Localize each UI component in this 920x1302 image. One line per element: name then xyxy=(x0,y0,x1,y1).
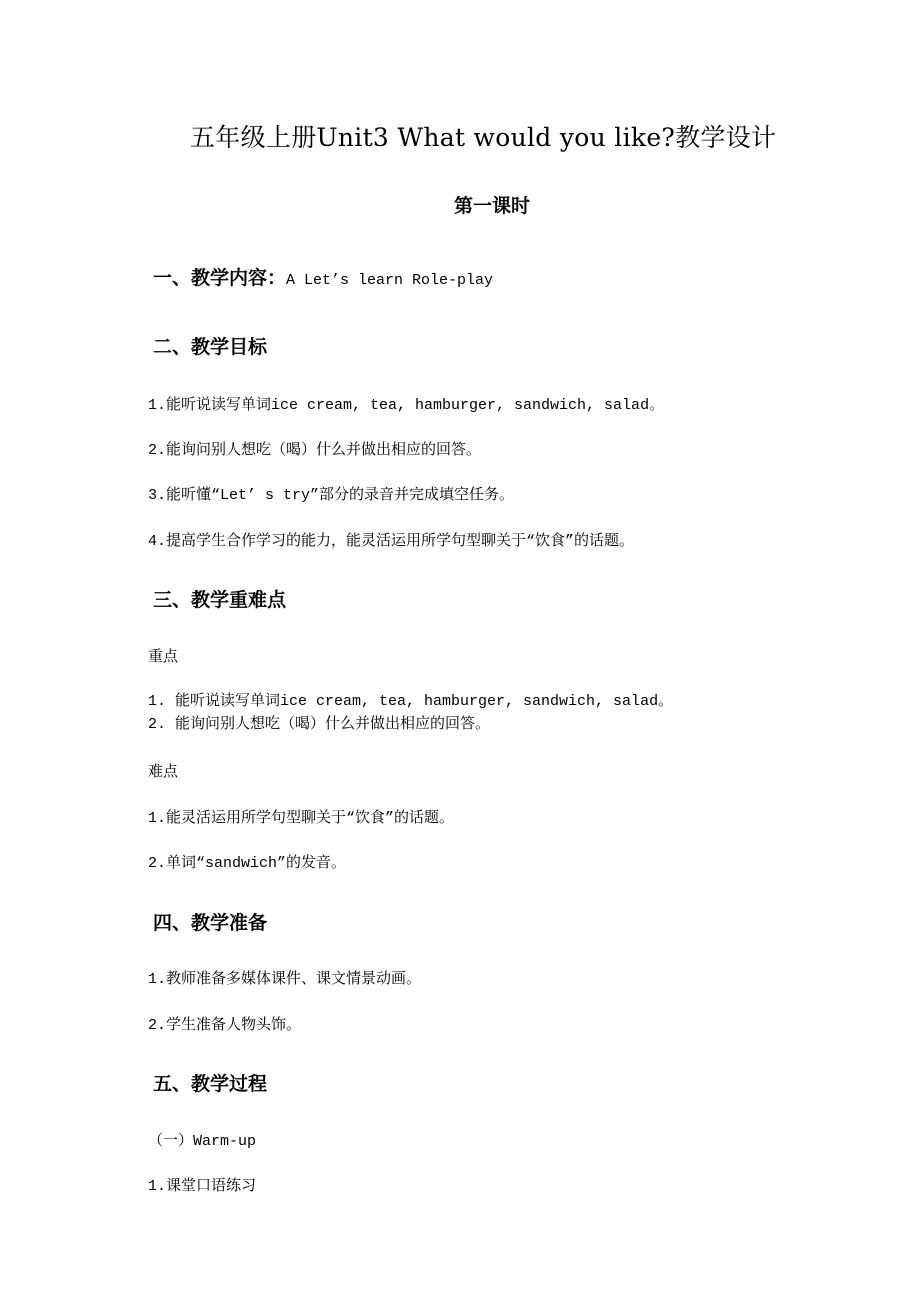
difficult-point-item: 1.能灵活运用所学句型聊关于“饮食”的话题。 xyxy=(148,806,454,827)
objective-item: 2.能询问别人想吃（喝）什么并做出相应的回答。 xyxy=(148,438,481,459)
section-content-heading: 一、教学内容：A Let’s learn Role-play xyxy=(153,263,493,290)
difficult-points-label: 难点 xyxy=(148,760,178,781)
objective-item: 4.提高学生合作学习的能力，能灵活运用所学句型聊关于“饮食”的话题。 xyxy=(148,529,634,550)
section-heading-label: 一、教学内容： xyxy=(153,267,286,289)
key-point-item: 1. 能听说读写单词ice cream, tea, hamburger, san… xyxy=(148,690,673,713)
key-points-label: 重点 xyxy=(148,645,178,666)
section-key-difficult-heading: 三、教学重难点 xyxy=(153,585,286,612)
section-content-text: A Let’s learn Role-play xyxy=(286,272,493,289)
document-page: 五年级上册Unit3 What would you like?教学设计 第一课时… xyxy=(0,0,920,1302)
lesson-period: 第一课时 xyxy=(0,191,920,218)
key-point-item: 2. 能询问别人想吃（喝）什么并做出相应的回答。 xyxy=(148,713,490,736)
section-objectives-heading: 二、教学目标 xyxy=(153,332,267,359)
process-subheading: （一）Warm-up xyxy=(148,1129,256,1150)
process-item: 1.课堂口语练习 xyxy=(148,1174,256,1195)
preparation-item: 1.教师准备多媒体课件、课文情景动画。 xyxy=(148,967,421,988)
objective-item: 1.能听说读写单词ice cream, tea, hamburger, sand… xyxy=(148,393,664,414)
section-preparation-heading: 四、教学准备 xyxy=(153,908,267,935)
preparation-item: 2.学生准备人物头饰。 xyxy=(148,1013,301,1034)
difficult-point-item: 2.单词“sandwich”的发音。 xyxy=(148,851,346,872)
document-title: 五年级上册Unit3 What would you like?教学设计 xyxy=(190,118,776,154)
section-process-heading: 五、教学过程 xyxy=(153,1069,267,1096)
objective-item: 3.能听懂“Let’ s try”部分的录音并完成填空任务。 xyxy=(148,483,514,504)
